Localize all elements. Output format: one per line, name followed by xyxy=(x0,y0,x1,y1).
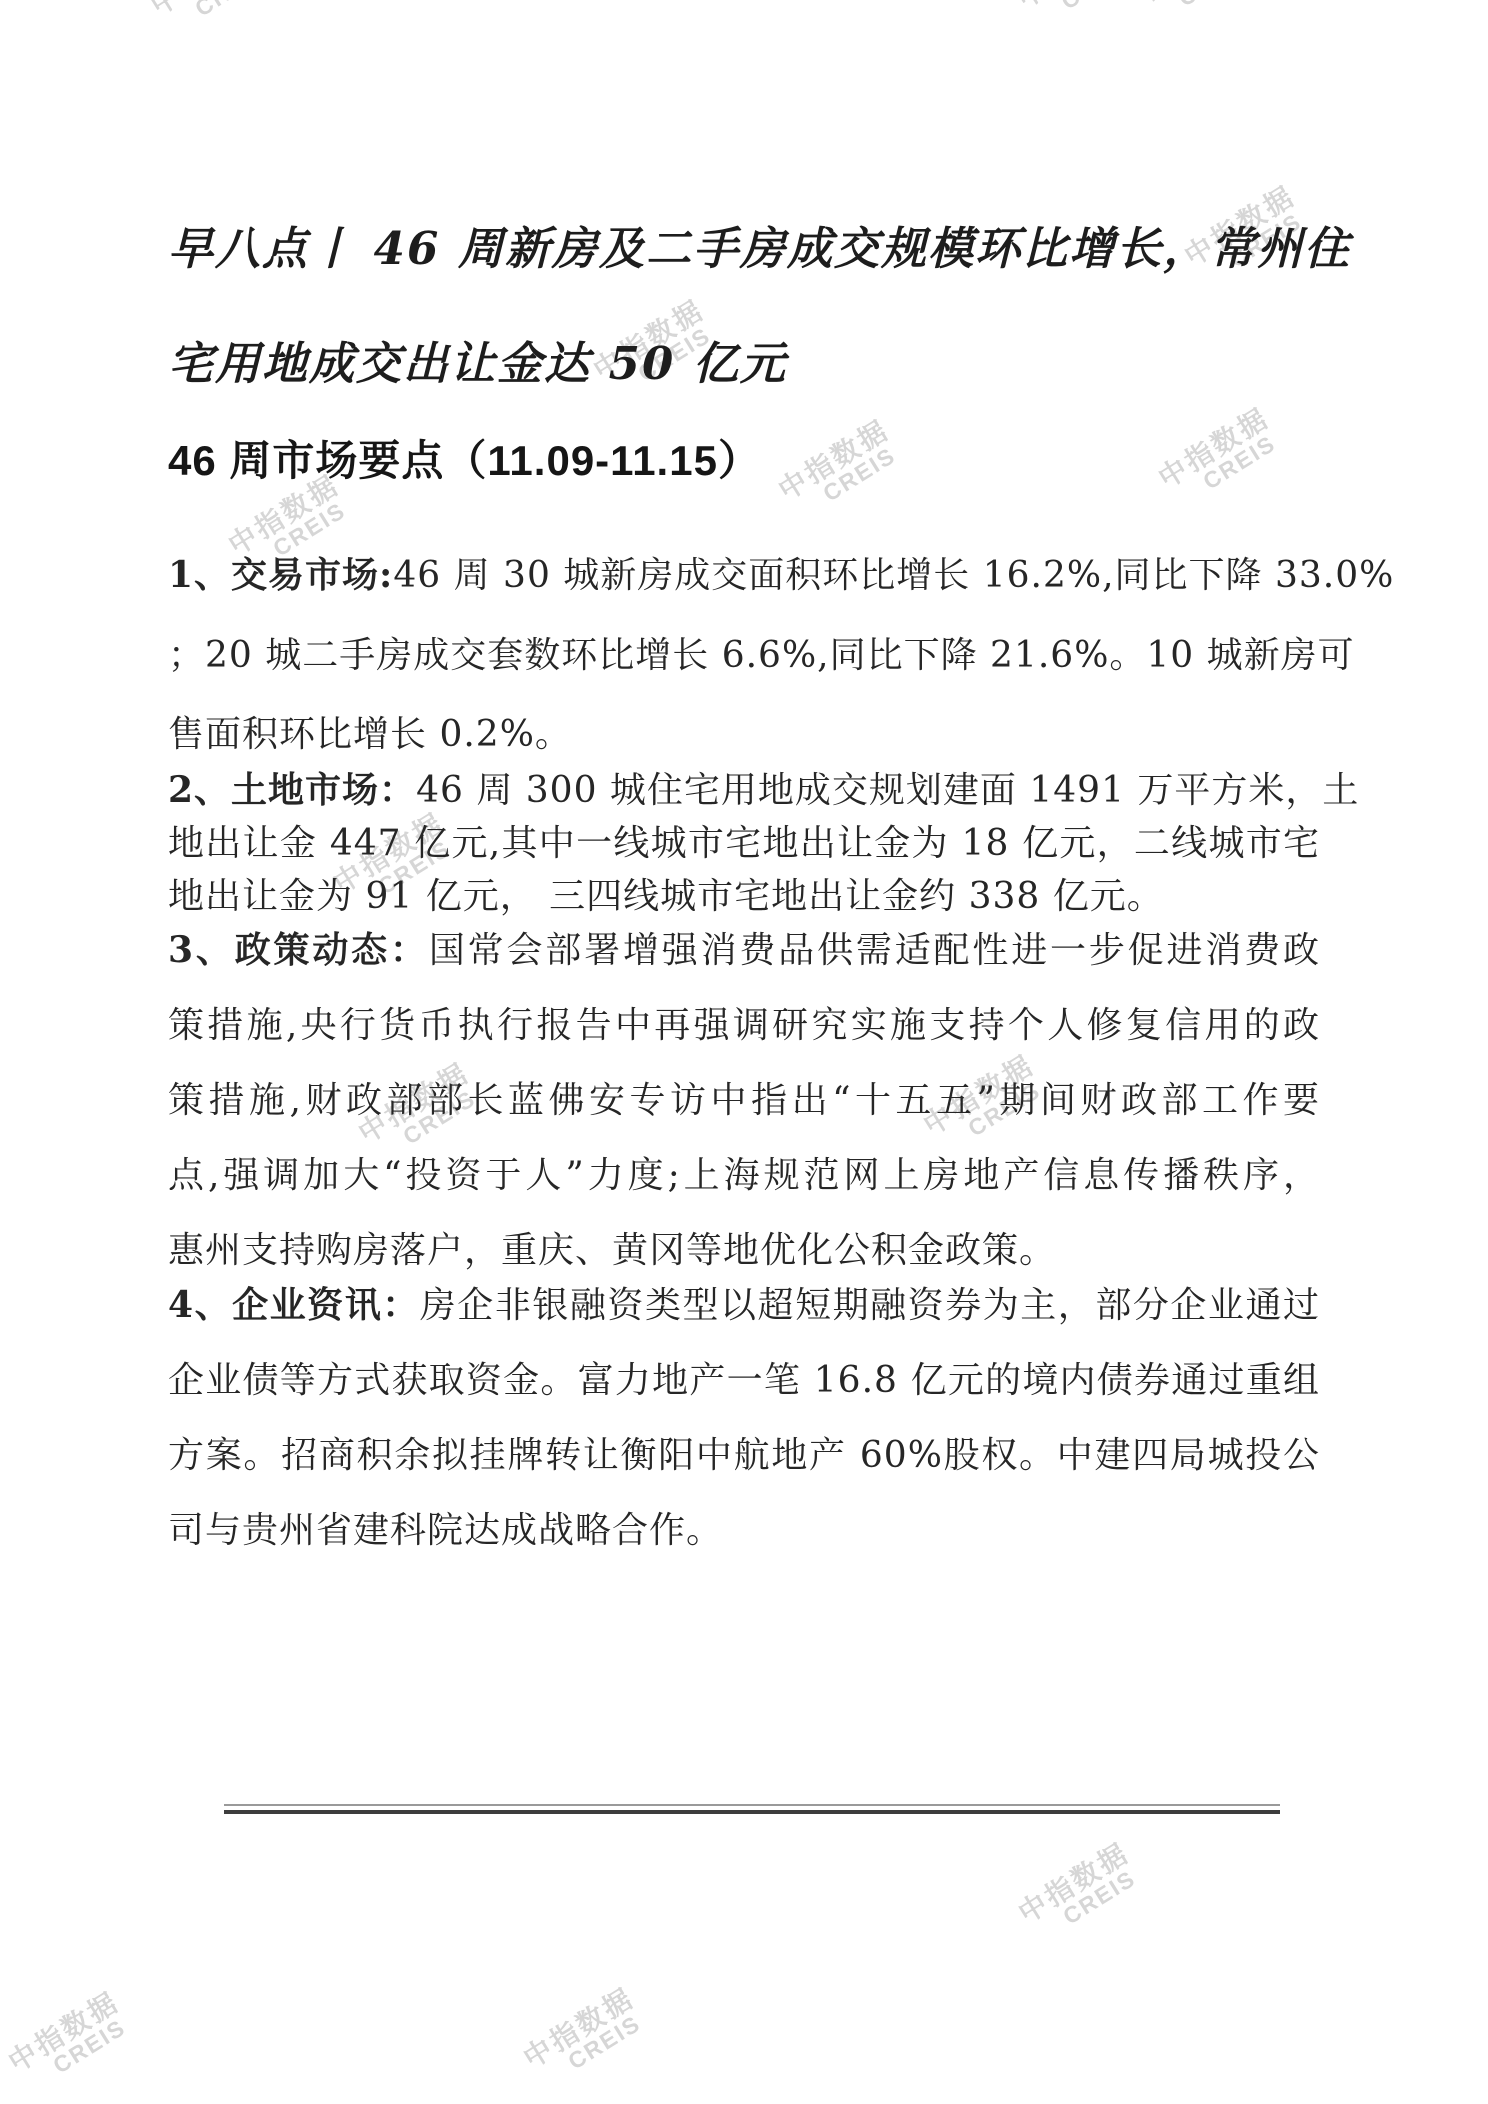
paragraph-4-lead: 4、企业资讯： xyxy=(168,1284,420,1326)
watermark-text-en: CREIS xyxy=(1059,1862,1146,1929)
watermark-text-en: CREIS xyxy=(49,2011,136,2078)
paragraph-3-lead: 3、政策动态： xyxy=(168,929,429,971)
watermark-text-cn: 中指数据 xyxy=(1013,1838,1134,1929)
creis-watermark: 中指数据CREIS xyxy=(1013,1838,1146,1948)
divider-line-thin xyxy=(224,1804,1280,1806)
paragraph-3-line-2: 策措施,央行货币执行报告中再强调研究实施支持个人修复信用的政 xyxy=(168,997,1320,1048)
creis-watermark: 中指数据CREIS xyxy=(1128,0,1261,30)
paragraph-1-lead: 1、交易市场: xyxy=(168,554,393,596)
paragraph-3-line-3: 策措施,财政部部长蓝佛安专访中指出“十五五”期间财政部工作要 xyxy=(168,1072,1320,1123)
paragraph-4-line-4: 司与贵州省建科院达成战略合作。 xyxy=(168,1502,1320,1553)
paragraph-2-line-3: 地出让金为 91 亿元， 三四线城市宅地出让金约 338 亿元。 xyxy=(168,868,1320,919)
watermark-text-cn: 中指数据 xyxy=(145,0,266,21)
watermark-text-en: CREIS xyxy=(1057,0,1144,14)
watermark-text-cn: 中指数据 xyxy=(3,1987,124,2078)
section-heading: 46 周市场要点（11.09-11.15） xyxy=(168,428,1320,488)
watermark-text-en: CREIS xyxy=(564,2007,651,2074)
paragraph-4-line-3: 方案。招商积余拟挂牌转让衡阳中航地产 60%股权。中建四局城投公 xyxy=(168,1427,1320,1478)
paragraph-1-line-2: ；20 城二手房成交套数环比增长 6.6%,同比下降 21.6%。10 城新房可 xyxy=(168,627,1320,678)
creis-watermark: 中指数据CREIS xyxy=(1011,0,1144,33)
watermark-text-en: CREIS xyxy=(191,0,278,21)
document-title-line-2: 宅用地成交出让金达 50 亿元 xyxy=(168,327,1320,392)
paragraph-3-line-1: 3、政策动态：国常会部署增强消费品供需适配性进一步促进消费政 xyxy=(168,922,1320,973)
creis-watermark: 中指数据CREIS xyxy=(145,0,278,40)
watermark-text-cn: 中指数据 xyxy=(518,1983,639,2074)
paragraph-2-line-2: 地出让金 447 亿元,其中一线城市宅地出让金为 18 亿元，二线城市宅 xyxy=(168,815,1320,866)
paragraph-1-line-1: 1、交易市场:46 周 30 城新房成交面积环比增长 16.2%,同比下降 33… xyxy=(168,547,1320,598)
creis-watermark: 中指数据CREIS xyxy=(518,1983,651,2093)
watermark-text-en: CREIS xyxy=(1174,0,1261,11)
document-page: 中指数据CREIS中指数据CREIS中指数据CREIS中指数据CREIS中指数据… xyxy=(0,0,1488,2104)
paragraph-1-line-3: 售面积环比增长 0.2%。 xyxy=(168,706,1320,757)
paragraph-3-line-5: 惠州支持购房落户，重庆、黄冈等地优化公积金政策。 xyxy=(168,1222,1320,1273)
paragraph-3-line-4: 点,强调加大“投资于人”力度;上海规范网上房地产信息传播秩序， xyxy=(168,1147,1320,1198)
paragraph-2-lead: 2、土地市场： xyxy=(168,769,416,811)
paragraph-4-line-2: 企业债等方式获取资金。富力地产一笔 16.8 亿元的境内债券通过重组 xyxy=(168,1352,1320,1403)
watermark-text-cn: 中指数据 xyxy=(1011,0,1132,14)
divider-line-thick xyxy=(224,1810,1280,1814)
creis-watermark: 中指数据CREIS xyxy=(3,1987,136,2097)
document-title-line-1: 早八点丨 46 周新房及二手房成交规模环比增长，常州住 xyxy=(168,212,1320,277)
paragraph-2-line-1: 2、土地市场：46 周 300 城住宅用地成交规划建面 1491 万平方米，土 xyxy=(168,762,1320,813)
paragraph-4-line-1: 4、企业资讯：房企非银融资类型以超短期融资券为主，部分企业通过 xyxy=(168,1277,1320,1328)
watermark-text-cn: 中指数据 xyxy=(1128,0,1249,11)
